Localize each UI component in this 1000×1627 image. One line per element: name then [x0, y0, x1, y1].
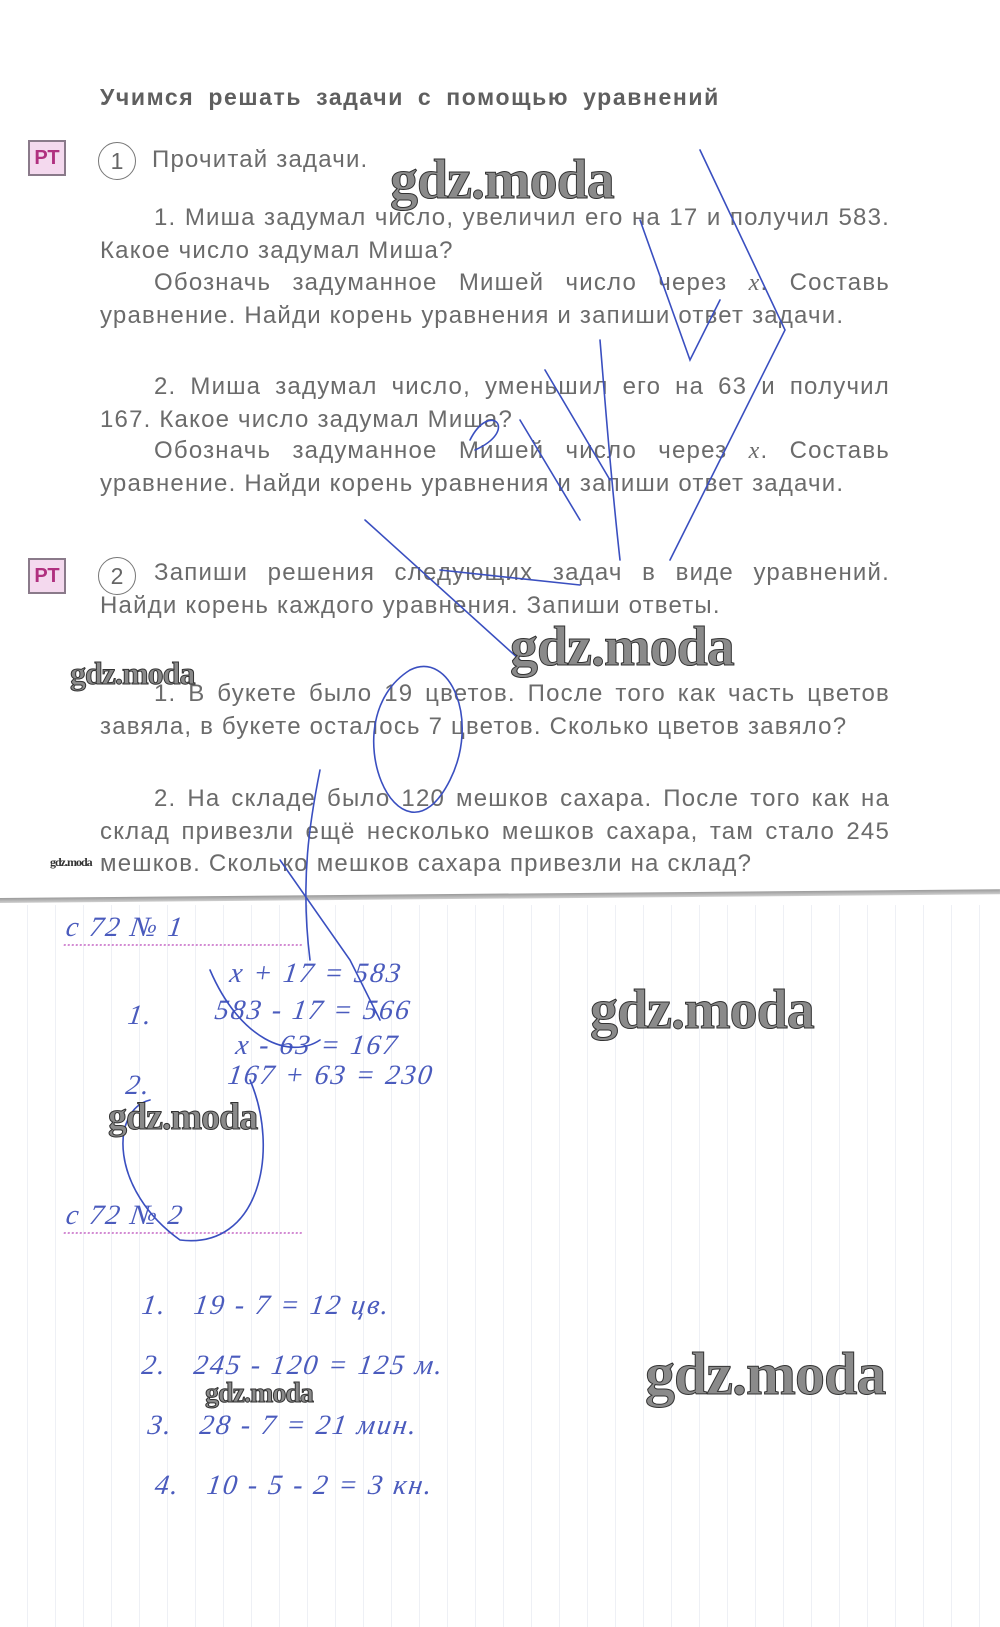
hint-text-pre: Обозначь задуманное Мишей число через	[154, 437, 749, 464]
watermark: gdz.moda	[510, 615, 734, 679]
workbook-badge-1: РТ	[28, 140, 66, 176]
watermark: gdz.moda	[390, 148, 614, 212]
answer-text: 28 - 7 = 21 мин.	[198, 1410, 420, 1441]
hw-eq-1: x + 17 = 583	[228, 958, 405, 990]
answer-label: 2.	[140, 1350, 169, 1381]
watermark: gdz.moda	[50, 855, 92, 870]
hw-answer-1: 1. 19 - 7 = 12 цв.	[140, 1290, 393, 1322]
watermark: gdz.moda	[205, 1378, 313, 1410]
answer-label: 1.	[140, 1290, 169, 1321]
variable-x: x	[749, 438, 761, 464]
exercise1-task2-hint: Обозначь задуманное Мишей число через x.…	[100, 435, 890, 500]
variable-x: x	[749, 270, 761, 296]
answer-text: 19 - 7 = 12 цв.	[192, 1290, 393, 1321]
hw-sol-1: 583 - 17 = 566	[213, 995, 414, 1027]
watermark: gdz.moda	[70, 655, 194, 692]
exercise1-task2: 2. Миша задумал число, уменьшил его на 6…	[100, 371, 890, 436]
hw-header-2: с 72 № 2	[64, 1200, 307, 1234]
exercise1-task1-hint: Обозначь задуманное Мишей число через x.…	[100, 267, 890, 332]
hw-answer-3: 3. 28 - 7 = 21 мин.	[146, 1410, 420, 1442]
exercise2-instruction: Запиши решения следующих задач в виде ур…	[100, 557, 890, 622]
watermark: gdz.moda	[590, 978, 814, 1042]
hw-answer-4: 4. 10 - 5 - 2 = 3 кн.	[153, 1470, 436, 1502]
exercise2-task1: 1. В букете было 19 цветов. После того к…	[100, 678, 890, 743]
exercise2-task2: 2. На складе было 120 мешков сахара. Пос…	[100, 783, 890, 881]
hw-item-1-label: 1.	[126, 1000, 155, 1032]
page-title: Учимся решать задачи с помощью уравнений	[100, 84, 720, 111]
watermark: gdz.moda	[645, 1340, 885, 1409]
hw-sol-2: 167 + 63 = 230	[226, 1060, 436, 1092]
hint-text-pre: Обозначь задуманное Мишей число через	[154, 269, 749, 296]
exercise-number-1: 1	[98, 142, 136, 180]
answer-label: 3.	[146, 1410, 175, 1441]
watermark: gdz.moda	[108, 1095, 257, 1139]
answer-text: 10 - 5 - 2 = 3 кн.	[205, 1470, 436, 1501]
hw-header-1: с 72 № 1	[64, 912, 307, 946]
workbook-badge-2: РТ	[28, 558, 66, 594]
hw-eq-2: x - 63 = 167	[234, 1030, 401, 1062]
answer-text: 245 - 120 = 125 м.	[192, 1350, 446, 1381]
tear-line	[0, 889, 1000, 903]
answer-label: 4.	[153, 1470, 182, 1501]
